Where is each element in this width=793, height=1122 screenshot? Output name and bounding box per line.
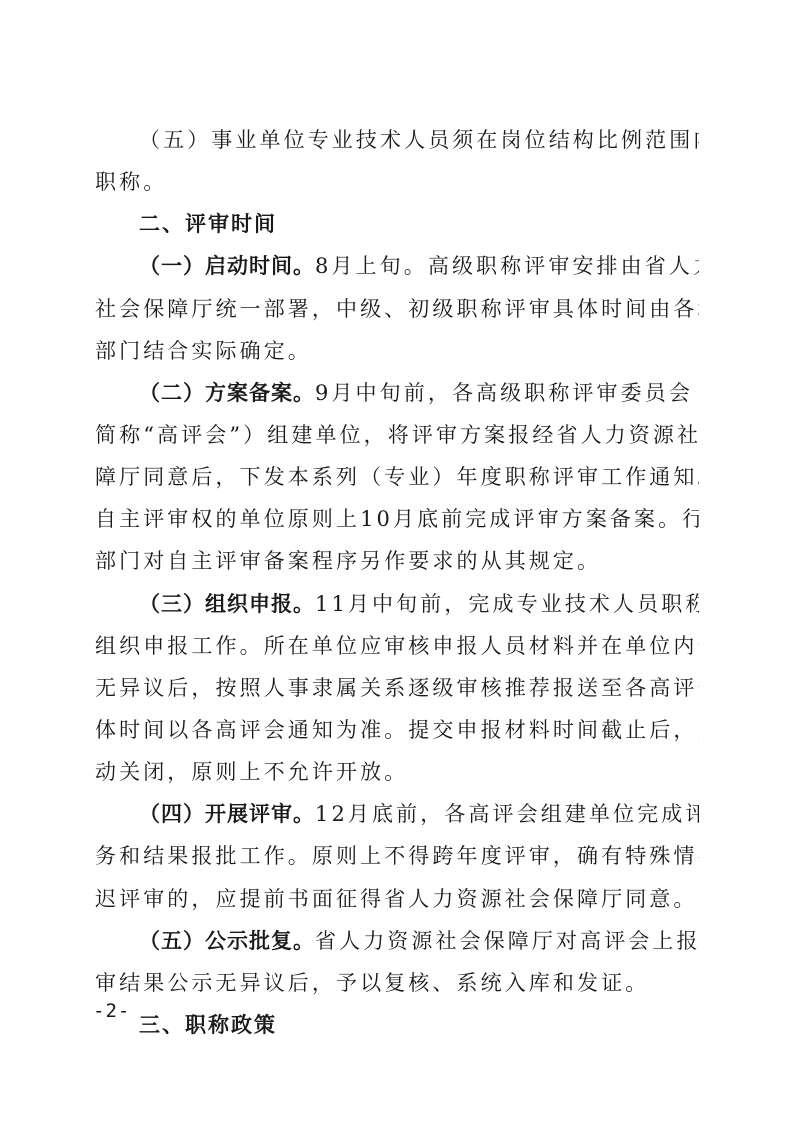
text-run: 省人力资源社会保障厅对高评会上报的评 xyxy=(315,929,699,953)
text-line: （三）组织申报。11月中旬前，完成专业技术人员职称评审 xyxy=(95,583,699,625)
text-line: 部门结合实际确定。 xyxy=(95,330,699,372)
text-line: （一）启动时间。8月上旬。高级职称评审安排由省人力资源 xyxy=(95,245,699,287)
paragraph-conduct-review: （四）开展评审。12月底前，各高评会组建单位完成评审任 务和结果报批工作。原则上… xyxy=(95,793,699,919)
text-line: 社会保障厅统一部署，中级、初级职称评审具体时间由各地、各 xyxy=(95,288,699,330)
page-number: -2- xyxy=(93,1000,130,1022)
text-line: 职称。 xyxy=(95,161,699,203)
section-heading-title-policy: 三、职称政策 xyxy=(95,1004,699,1046)
paragraph-plan-filing: （二）方案备案。9月中旬前，各高级职称评审委员会（以下 简称“高评会”）组建单位… xyxy=(95,372,699,583)
text-run: 12月底前，各高评会组建单位完成评审任 xyxy=(315,802,699,826)
text-line: （五）公示批复。省人力资源社会保障厅对高评会上报的评 xyxy=(95,920,699,962)
paragraph-lead: （一）启动时间。 xyxy=(139,253,315,278)
paragraph-organize-application: （三）组织申报。11月中旬前，完成专业技术人员职称评审 组织申报工作。所在单位应… xyxy=(95,583,699,794)
text-line: （二）方案备案。9月中旬前，各高级职称评审委员会（以下 xyxy=(95,372,699,414)
text-run: 11月中旬前，完成专业技术人员职称评审 xyxy=(315,592,699,616)
text-line: 自主评审权的单位原则上10月底前完成评审方案备案。行业主管 xyxy=(95,498,699,540)
text-run: 9月中旬前，各高级职称评审委员会（以下 xyxy=(315,381,699,405)
text-line: 障厅同意后，下发本系列（专业）年度职称评审工作通知。具备 xyxy=(95,456,699,498)
text-line: 迟评审的，应提前书面征得省人力资源社会保障厅同意。 xyxy=(95,878,699,920)
paragraph-lead: （三）组织申报。 xyxy=(139,591,315,616)
text-line: （四）开展评审。12月底前，各高评会组建单位完成评审任 xyxy=(95,793,699,835)
document-page: （五）事业单位专业技术人员须在岗位结构比例范围内申报 职称。 二、评审时间 （一… xyxy=(95,119,699,1046)
paragraph-requirement-5: （五）事业单位专业技术人员须在岗位结构比例范围内申报 职称。 xyxy=(95,119,699,203)
text-run: 8月上旬。高级职称评审安排由省人力资源 xyxy=(315,254,699,278)
paragraph-lead: （二）方案备案。 xyxy=(139,380,315,405)
text-line: 审结果公示无异议后，予以复核、系统入库和发证。 xyxy=(95,962,699,1004)
text-line: 体时间以各高评会通知为准。提交申报材料时间截止后，系统自 xyxy=(95,709,699,751)
section-heading-review-time: 二、评审时间 xyxy=(95,203,699,245)
text-line: 简称“高评会”）组建单位，将评审方案报经省人力资源社会保 xyxy=(95,414,699,456)
text-line: 无异议后，按照人事隶属关系逐级审核推荐报送至各高评会，具 xyxy=(95,667,699,709)
paragraph-start-time: （一）启动时间。8月上旬。高级职称评审安排由省人力资源 社会保障厅统一部署，中级… xyxy=(95,245,699,371)
paragraph-lead: （五）公示批复。 xyxy=(139,928,315,953)
paragraph-publicity-approval: （五）公示批复。省人力资源社会保障厅对高评会上报的评 审结果公示无异议后，予以复… xyxy=(95,920,699,1004)
text-line: 动关闭，原则上不允许开放。 xyxy=(95,751,699,793)
text-line: （五）事业单位专业技术人员须在岗位结构比例范围内申报 xyxy=(95,119,699,161)
text-line: 部门对自主评审备案程序另作要求的从其规定。 xyxy=(95,540,699,582)
text-line: 务和结果报批工作。原则上不得跨年度评审，确有特殊情况需推 xyxy=(95,835,699,877)
text-line: 组织申报工作。所在单位应审核申报人员材料并在单位内部公示 xyxy=(95,625,699,667)
paragraph-lead: （四）开展评审。 xyxy=(139,801,315,826)
